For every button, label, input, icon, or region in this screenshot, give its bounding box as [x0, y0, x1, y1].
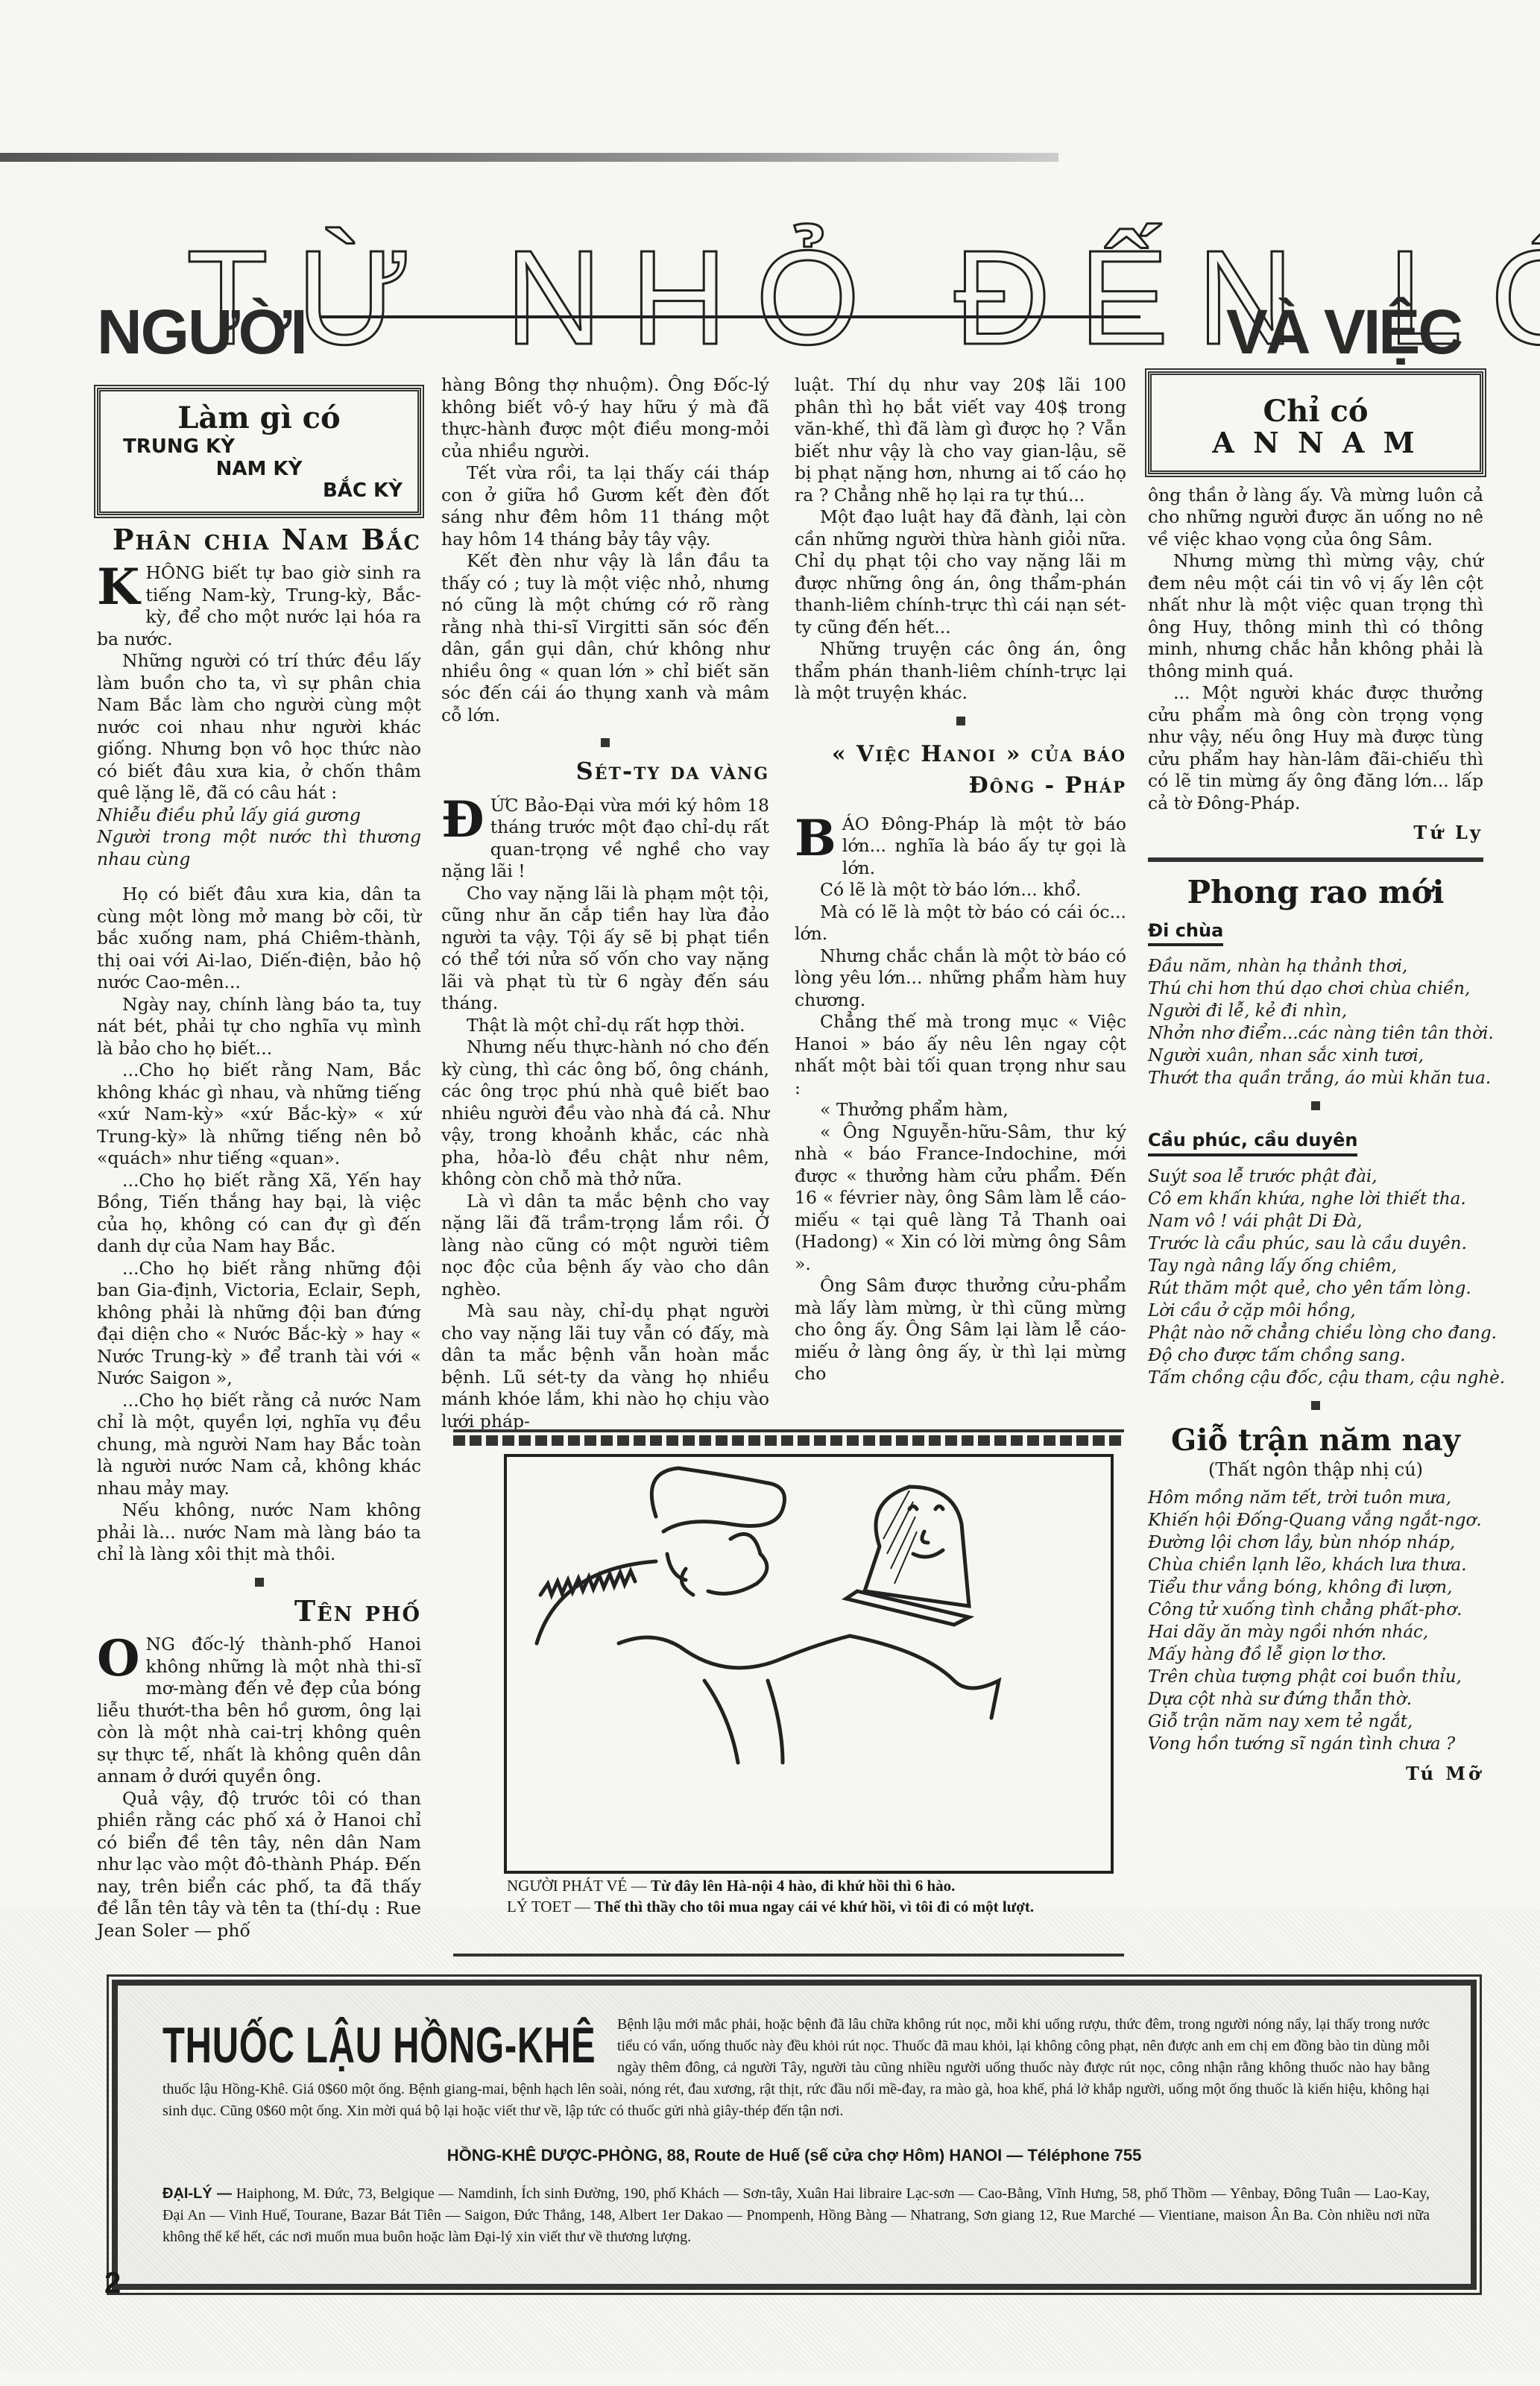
caption-text-1: Từ đây lên Hà-nội 4 hào, đi khứ hồi thì …	[651, 1877, 956, 1895]
poem-line: Tiểu thư vắng bóng, không đi lượn,	[1148, 1576, 1483, 1599]
advert-agents-text: Haiphong, M. Đức, 73, Belgique — Namdinh…	[162, 2185, 1430, 2245]
paragraph: Nhưng mừng thì mừng vậy, chứ đem nêu một…	[1148, 550, 1483, 682]
paragraph: Cho vay nặng lãi là phạm một tội, cũng n…	[441, 883, 769, 1015]
poem-line: Đầu năm, nhàn hạ thảnh thơi,	[1148, 955, 1483, 978]
paragraph: ...Cho họ biết rằng Xã, Yến hay Bồng, Ti…	[97, 1170, 421, 1258]
poem-line: Mấy hàng đồ lễ giọn lơ thơ.	[1148, 1643, 1483, 1666]
column-3: luật. Thí dụ như vay 20$ lãi 100 phân th…	[795, 374, 1126, 1385]
signature-tu-ly: Tứ Ly	[1148, 822, 1483, 844]
masthead-left-word: NGƯỜI	[97, 298, 306, 365]
paragraph: Quả vậy, độ trước tôi có than phiền rằng…	[97, 1788, 421, 1942]
section-divider-square	[255, 1578, 264, 1587]
paragraph: « Ông Nguyễn-hữu-Sâm, thư ký nhà « báo F…	[795, 1121, 1126, 1276]
caption-speaker-1: NGƯỜI PHÁT VÉ —	[507, 1877, 647, 1895]
poem-line: Trên chùa tượng phật coi buồn thỉu,	[1148, 1666, 1483, 1688]
poem-line: Nam vô ! vái phật Di Đà,	[1148, 1210, 1483, 1233]
poem-line: Lời cầu ở cặp môi hồng,	[1148, 1300, 1483, 1322]
paragraph: Tết vừa rồi, ta lại thấy cái tháp con ở …	[441, 462, 769, 550]
headline-box-lam-gi-co: Làm gì có TRUNG KỲ NAM KỲ BẮC KỲ	[97, 388, 421, 515]
poem-line: Tay ngà nâng lấy ống chiêm,	[1148, 1255, 1483, 1277]
poem-line: Đường lội chơn lầy, bùn nhóp nháp,	[1148, 1532, 1483, 1554]
poem-line: Phật nào nỡ chẳng chiều lòng cho đang.	[1148, 1322, 1483, 1344]
advert-agents-label: ĐẠI-LÝ —	[162, 2185, 232, 2202]
poem-di-chua: Đầu năm, nhàn hạ thảnh thơi, Thú chi hơn…	[1148, 955, 1483, 1089]
paragraph: « Thưởng phẩm hàm,	[795, 1099, 1126, 1121]
verse-line: Nhiễu điều phủ lấy giá gương	[97, 805, 421, 827]
poem-line: Chùa chiền lạnh lẽo, khách lưa thưa.	[1148, 1554, 1483, 1576]
paragraph: Nhưng chắc chắn là một tờ báo có lòng yê…	[795, 945, 1126, 1012]
scan-edge-streak	[0, 153, 1058, 162]
masthead-rule	[321, 315, 1140, 318]
paragraph: Thật là một chỉ-dụ rất hợp thời.	[441, 1015, 769, 1037]
article-title-viec-hanoi: « Việc Hanoi » của báo Đông - Pháp	[795, 739, 1126, 802]
paragraph: ông thần ở làng ấy. Và mừng luôn cả cho …	[1148, 485, 1483, 551]
poem-gio-tran-nam-nay: Hôm mồng năm tết, trời tuôn mưa, Khiến h…	[1148, 1487, 1483, 1755]
dropcap: K	[97, 565, 139, 608]
paragraph: Ông Sâm được thưởng cửu-phẩm mà lấy làm …	[795, 1275, 1126, 1385]
paragraph: ...Cho họ biết rằng những đội ban Gia-đị…	[97, 1258, 421, 1390]
poems-section-title: Phong rao mới	[1148, 872, 1483, 913]
paragraph: NG đốc-lý thành-phố Hanoi không những là…	[97, 1634, 421, 1787]
paragraph: luật. Thí dụ như vay 20$ lãi 100 phân th…	[795, 374, 1126, 506]
paragraph: Họ có biết đâu xưa kia, dân ta cùng một …	[97, 884, 421, 994]
cartoon-top-border	[453, 1429, 1124, 1446]
paragraph: Nếu không, nước Nam không phải là... nướ…	[97, 1499, 421, 1566]
article-title-ten-pho: Tên phố	[97, 1600, 421, 1622]
poem-line: Trước là cầu phúc, sau là cầu duyên.	[1148, 1233, 1483, 1255]
poem-line: Người xuân, nhan sắc xinh tươi,	[1148, 1045, 1483, 1067]
poem-line: Người đi lễ, kẻ đi nhìn,	[1148, 1000, 1483, 1022]
signature-tu-mo: Tú Mỡ	[1148, 1763, 1483, 1785]
poem-subtitle-that-ngon: (Thất ngôn thập nhị cú)	[1148, 1459, 1483, 1482]
dropcap: O	[97, 1637, 140, 1680]
paragraph: Kết đèn như vậy là lần đầu ta thấy có ; …	[441, 550, 769, 726]
headline-box-chi-co-annam: Chỉ có A N N A M	[1148, 371, 1483, 474]
advert-thuoc-lau-hong-khe: THUỐC LẬU HỒNG-KHÊ Bệnh lậu mới mắc phải…	[112, 1980, 1477, 2290]
poem-cau-phuc-cau-duyen: Suýt soa lễ trước phật đài, Cô em khấn k…	[1148, 1165, 1483, 1389]
poem-line: Dựa cột nhà sư đứng thẫn thờ.	[1148, 1688, 1483, 1710]
cartoon-bottom-rule	[453, 1954, 1124, 1957]
masthead-right-words: VÀ VIỆC	[1226, 298, 1461, 365]
cartoon-ly-toet	[504, 1454, 1114, 1874]
poem-title-gio-tran: Giỗ trận năm nay	[1148, 1422, 1483, 1459]
poem-subtitle-di-chua: Đi chùa	[1148, 920, 1223, 947]
column-2: hàng Bông thợ nhuộm). Ông Đốc-lý không b…	[441, 374, 769, 1432]
poem-line: Rút thăm một quẻ, cho yên tấm lòng.	[1148, 1277, 1483, 1300]
box-line-1: Làm gì có	[108, 400, 410, 436]
caption-speaker-2: LÝ TOET —	[507, 1898, 590, 1916]
paragraph: Những truyện các ông án, ông thẩm phán t…	[795, 638, 1126, 705]
paragraph: ... Một người khác được thưởng cửu phẩm …	[1148, 682, 1483, 814]
poem-line: Nhởn nhơ điểm...các nàng tiên tân thời.	[1148, 1022, 1483, 1045]
advert-agents: ĐẠI-LÝ — Haiphong, M. Đức, 73, Belgique …	[162, 2183, 1430, 2248]
poem-line: Hôm mồng năm tết, trời tuôn mưa,	[1148, 1487, 1483, 1509]
poem-subtitle-cau-phuc: Cầu phúc, cầu duyên	[1148, 1130, 1357, 1156]
paragraph: Có lẽ là một tờ báo lớn... khổ.	[795, 879, 1126, 901]
paragraph: Là vì dân ta mắc bệnh cho vay nặng lãi đ…	[441, 1191, 769, 1301]
section-rule	[1148, 857, 1483, 862]
paragraph: Những người có trí thức đều lấy làm buồn…	[97, 650, 421, 805]
section-divider-square	[956, 717, 965, 725]
cartoon-caption: NGƯỜI PHÁT VÉ — Từ đây lên Hà-nội 4 hào,…	[507, 1875, 1118, 1917]
box-line-3: NAM KỲ	[108, 459, 410, 481]
article-title-phan-chia: Phân chia Nam Bắc	[97, 529, 421, 551]
paragraph: HÔNG biết tự bao giờ sinh ra tiếng Nam-k…	[97, 562, 421, 649]
page-number: 2	[104, 2267, 121, 2300]
column-4: Chỉ có A N N A M ông thần ở làng ấy. Và …	[1148, 371, 1483, 1785]
paragraph: Mà có lẽ là một tờ báo có cái óc... lớn.	[795, 901, 1126, 945]
poem-line: Công tử xuống tình chẳng phất-phơ.	[1148, 1599, 1483, 1621]
box-line-4: BẮC KỲ	[108, 480, 410, 503]
poem-line: Cô em khấn khứa, nghe lời thiết tha.	[1148, 1188, 1483, 1210]
poem-line: Thướt tha quần trắng, áo mùi khăn tua.	[1148, 1067, 1483, 1089]
article-title-set-ty: Sét-ty da vàng	[441, 761, 769, 783]
paragraph: ÁO Đông-Pháp là một tờ báo lớn... nghĩa …	[842, 813, 1126, 878]
dropcap: B	[795, 816, 836, 860]
paragraph: Chẳng thế mà trong mục « Việc Hanoi » bá…	[795, 1011, 1126, 1099]
paragraph: ...Cho họ biết rằng cả nước Nam chỉ là m…	[97, 1390, 421, 1500]
box-line-2: TRUNG KỲ	[108, 436, 410, 459]
masthead: TỪ NHỎ ĐẾN LỚN NGƯỜI VÀ VIỆC	[97, 227, 1461, 369]
poem-line: Độ cho được tấm chồng sang.	[1148, 1344, 1483, 1367]
section-divider-square	[1311, 1401, 1320, 1410]
caption-text-2: Thế thì thầy cho tôi mua ngay cái vé khứ…	[594, 1898, 1034, 1916]
poem-line: Khiến hội Đống-Quang vắng ngắt-ngơ.	[1148, 1509, 1483, 1532]
paragraph: ...Cho họ biết rằng Nam, Bắc không khác …	[97, 1060, 421, 1170]
poem-line: Suýt soa lễ trước phật đài,	[1148, 1165, 1483, 1188]
poem-line: Tấm chồng cậu đốc, cậu tham, cậu nghè.	[1148, 1367, 1483, 1389]
advert-body: Bệnh lậu mới mắc phải, hoặc bệnh đã lâu …	[162, 2014, 1430, 2122]
poem-line: Hai dãy ăn mày ngồi nhớn nhác,	[1148, 1621, 1483, 1643]
dropcap: Đ	[441, 798, 485, 841]
box-line-2: A N N A M	[1159, 432, 1472, 454]
poem-line: Vong hồn tướng sĩ ngán tình chưa ?	[1148, 1733, 1483, 1755]
paragraph: Ngày nay, chính làng báo ta, tuy nát bét…	[97, 994, 421, 1060]
paragraph: Nhưng nếu thực-hành nó cho đến kỳ cùng, …	[441, 1036, 769, 1191]
poem-line: Thú chi hơn thú dạo chơi chùa chiền,	[1148, 978, 1483, 1000]
column-1: Làm gì có TRUNG KỲ NAM KỲ BẮC KỲ Phân ch…	[97, 388, 421, 1942]
paragraph: Mà sau này, chỉ-dụ phạt người cho vay nặ…	[441, 1300, 769, 1432]
section-divider-square	[601, 738, 610, 747]
paragraph: hàng Bông thợ nhuộm). Ông Đốc-lý không b…	[441, 374, 769, 462]
section-divider-square	[1311, 1101, 1320, 1110]
paragraph: Một đạo luật hay đã đành, lại còn cần nh…	[795, 506, 1126, 638]
advert-address: HỒNG-KHÊ DƯỢC-PHÒNG, 88, Route de Huế (s…	[118, 2146, 1471, 2165]
cartoon-drawing-icon	[507, 1457, 1111, 1871]
verse-line: Người trong một nước thì thương nhau cùn…	[97, 826, 421, 870]
paragraph: ỨC Bảo-Đại vừa mới ký hôm 18 tháng trước…	[441, 795, 769, 882]
poem-line: Giỗ trận năm nay xem tẻ ngắt,	[1148, 1710, 1483, 1733]
